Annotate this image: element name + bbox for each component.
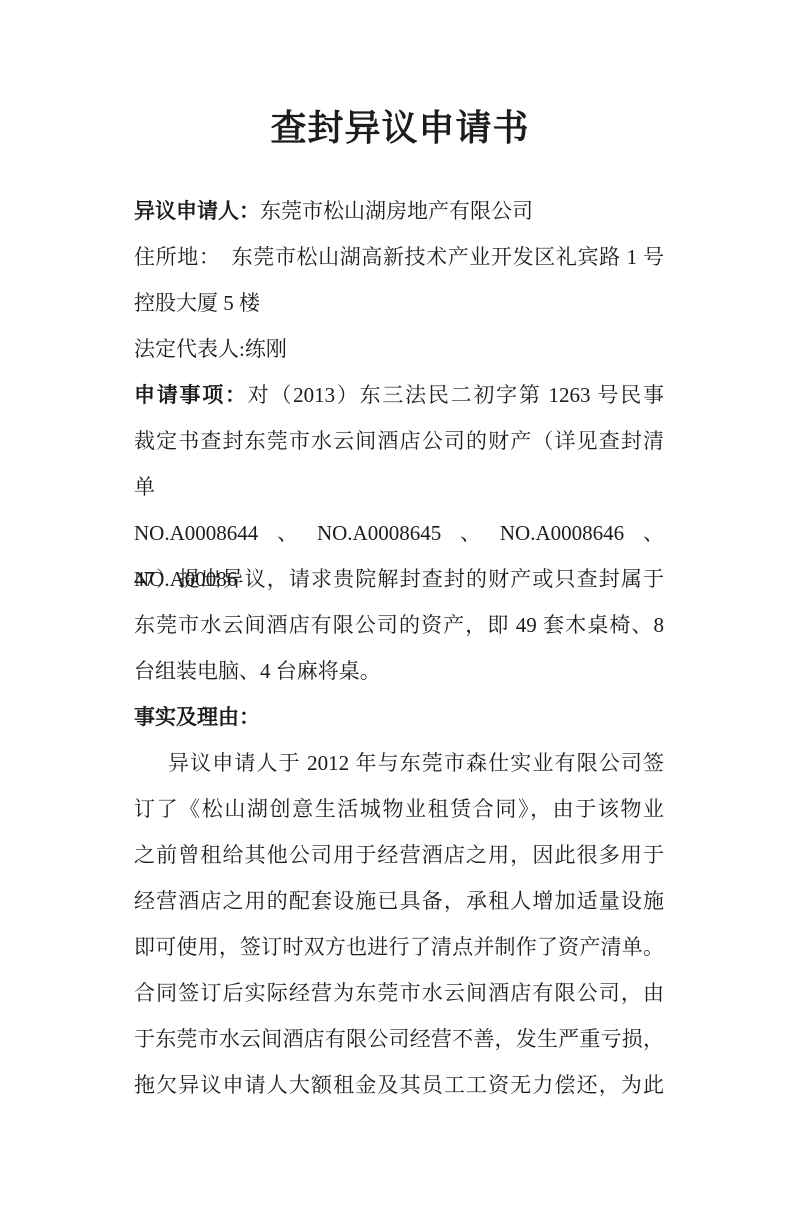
text-segment: 控股大厦 5 楼 bbox=[134, 291, 260, 315]
text-line: 控股大厦 5 楼 bbox=[134, 280, 664, 326]
text-line: 单 bbox=[134, 464, 664, 510]
text-line: 住所地： 东莞市松山湖高新技术产业开发区礼宾路 1 号 bbox=[134, 234, 664, 280]
text-line: 订了《松山湖创意生活城物业租赁合同》，由于该物业 bbox=[134, 786, 664, 832]
document-title: 查封异议申请书 bbox=[0, 104, 800, 152]
text-segment: 之前曾租给其他公司用于经营酒店之用，因此很多用于 bbox=[134, 843, 664, 867]
text-line: 即可使用，签订时双方也进行了清点并制作了资产清单。 bbox=[134, 924, 664, 970]
text-line: NO.A0008644、NO.A0008645、NO.A0008646、NO.A… bbox=[134, 510, 664, 556]
text-segment: 47）提出异议，请求贵院解封查封的财产或只查封属于 bbox=[134, 567, 664, 591]
text-line: 于东莞市水云间酒店有限公司经营不善，发生严重亏损， bbox=[134, 1016, 664, 1062]
text-segment: 异议申请人于 2012 年与东莞市森仕实业有限公司签 bbox=[168, 751, 664, 775]
text-line: 事实及理由： bbox=[134, 694, 664, 740]
text-segment: 东莞市水云间酒店有限公司的资产，即 49 套木桌椅、8 bbox=[134, 613, 664, 637]
text-segment: 经营酒店之用的配套设施已具备，承租人增加适量设施 bbox=[134, 889, 664, 913]
text-line: 47）提出异议，请求贵院解封查封的财产或只查封属于 bbox=[134, 556, 664, 602]
text-segment: 台组装电脑、4 台麻将桌。 bbox=[134, 659, 381, 683]
text-segment: 住所地： 东莞市松山湖高新技术产业开发区礼宾路 1 号 bbox=[134, 245, 664, 269]
text-line: 台组装电脑、4 台麻将桌。 bbox=[134, 648, 664, 694]
text-line: 异议申请人：东莞市松山湖房地产有限公司 bbox=[134, 188, 664, 234]
document-body: 异议申请人：东莞市松山湖房地产有限公司住所地： 东莞市松山湖高新技术产业开发区礼… bbox=[134, 188, 664, 1108]
text-segment: 单 bbox=[134, 475, 155, 499]
text-line: 合同签订后实际经营为东莞市水云间酒店有限公司，由 bbox=[134, 970, 664, 1016]
text-line: 东莞市水云间酒店有限公司的资产，即 49 套木桌椅、8 bbox=[134, 602, 664, 648]
text-segment: 于东莞市水云间酒店有限公司经营不善，发生严重亏损， bbox=[134, 1027, 664, 1051]
text-line: 拖欠异议申请人大额租金及其员工工资无力偿还，为此 bbox=[134, 1062, 664, 1108]
text-segment: 裁定书查封东莞市水云间酒店公司的财产（详见查封清 bbox=[134, 429, 664, 453]
document-page: 查封异议申请书 异议申请人：东莞市松山湖房地产有限公司住所地： 东莞市松山湖高新… bbox=[0, 0, 800, 1218]
text-segment: 拖欠异议申请人大额租金及其员工工资无力偿还，为此 bbox=[134, 1073, 664, 1097]
text-segment: 异议申请人： bbox=[134, 199, 260, 223]
text-line: 异议申请人于 2012 年与东莞市森仕实业有限公司签 bbox=[134, 740, 664, 786]
text-line: 法定代表人:练刚 bbox=[134, 326, 664, 372]
text-segment: 即可使用，签订时双方也进行了清点并制作了资产清单。 bbox=[134, 935, 664, 959]
text-line: 之前曾租给其他公司用于经营酒店之用，因此很多用于 bbox=[134, 832, 664, 878]
text-segment: 事实及理由： bbox=[134, 705, 260, 729]
text-segment: 合同签订后实际经营为东莞市水云间酒店有限公司，由 bbox=[134, 981, 664, 1005]
text-segment: 对（2013）东三法民二初字第 1263 号民事 bbox=[248, 383, 664, 407]
text-segment: 申请事项： bbox=[134, 383, 248, 407]
text-segment: 法定代表人:练刚 bbox=[134, 337, 287, 361]
text-segment: 东莞市松山湖房地产有限公司 bbox=[260, 199, 533, 223]
text-line: 申请事项：对（2013）东三法民二初字第 1263 号民事 bbox=[134, 372, 664, 418]
text-line: 经营酒店之用的配套设施已具备，承租人增加适量设施 bbox=[134, 878, 664, 924]
text-line: 裁定书查封东莞市水云间酒店公司的财产（详见查封清 bbox=[134, 418, 664, 464]
text-segment: 订了《松山湖创意生活城物业租赁合同》，由于该物业 bbox=[134, 797, 664, 821]
